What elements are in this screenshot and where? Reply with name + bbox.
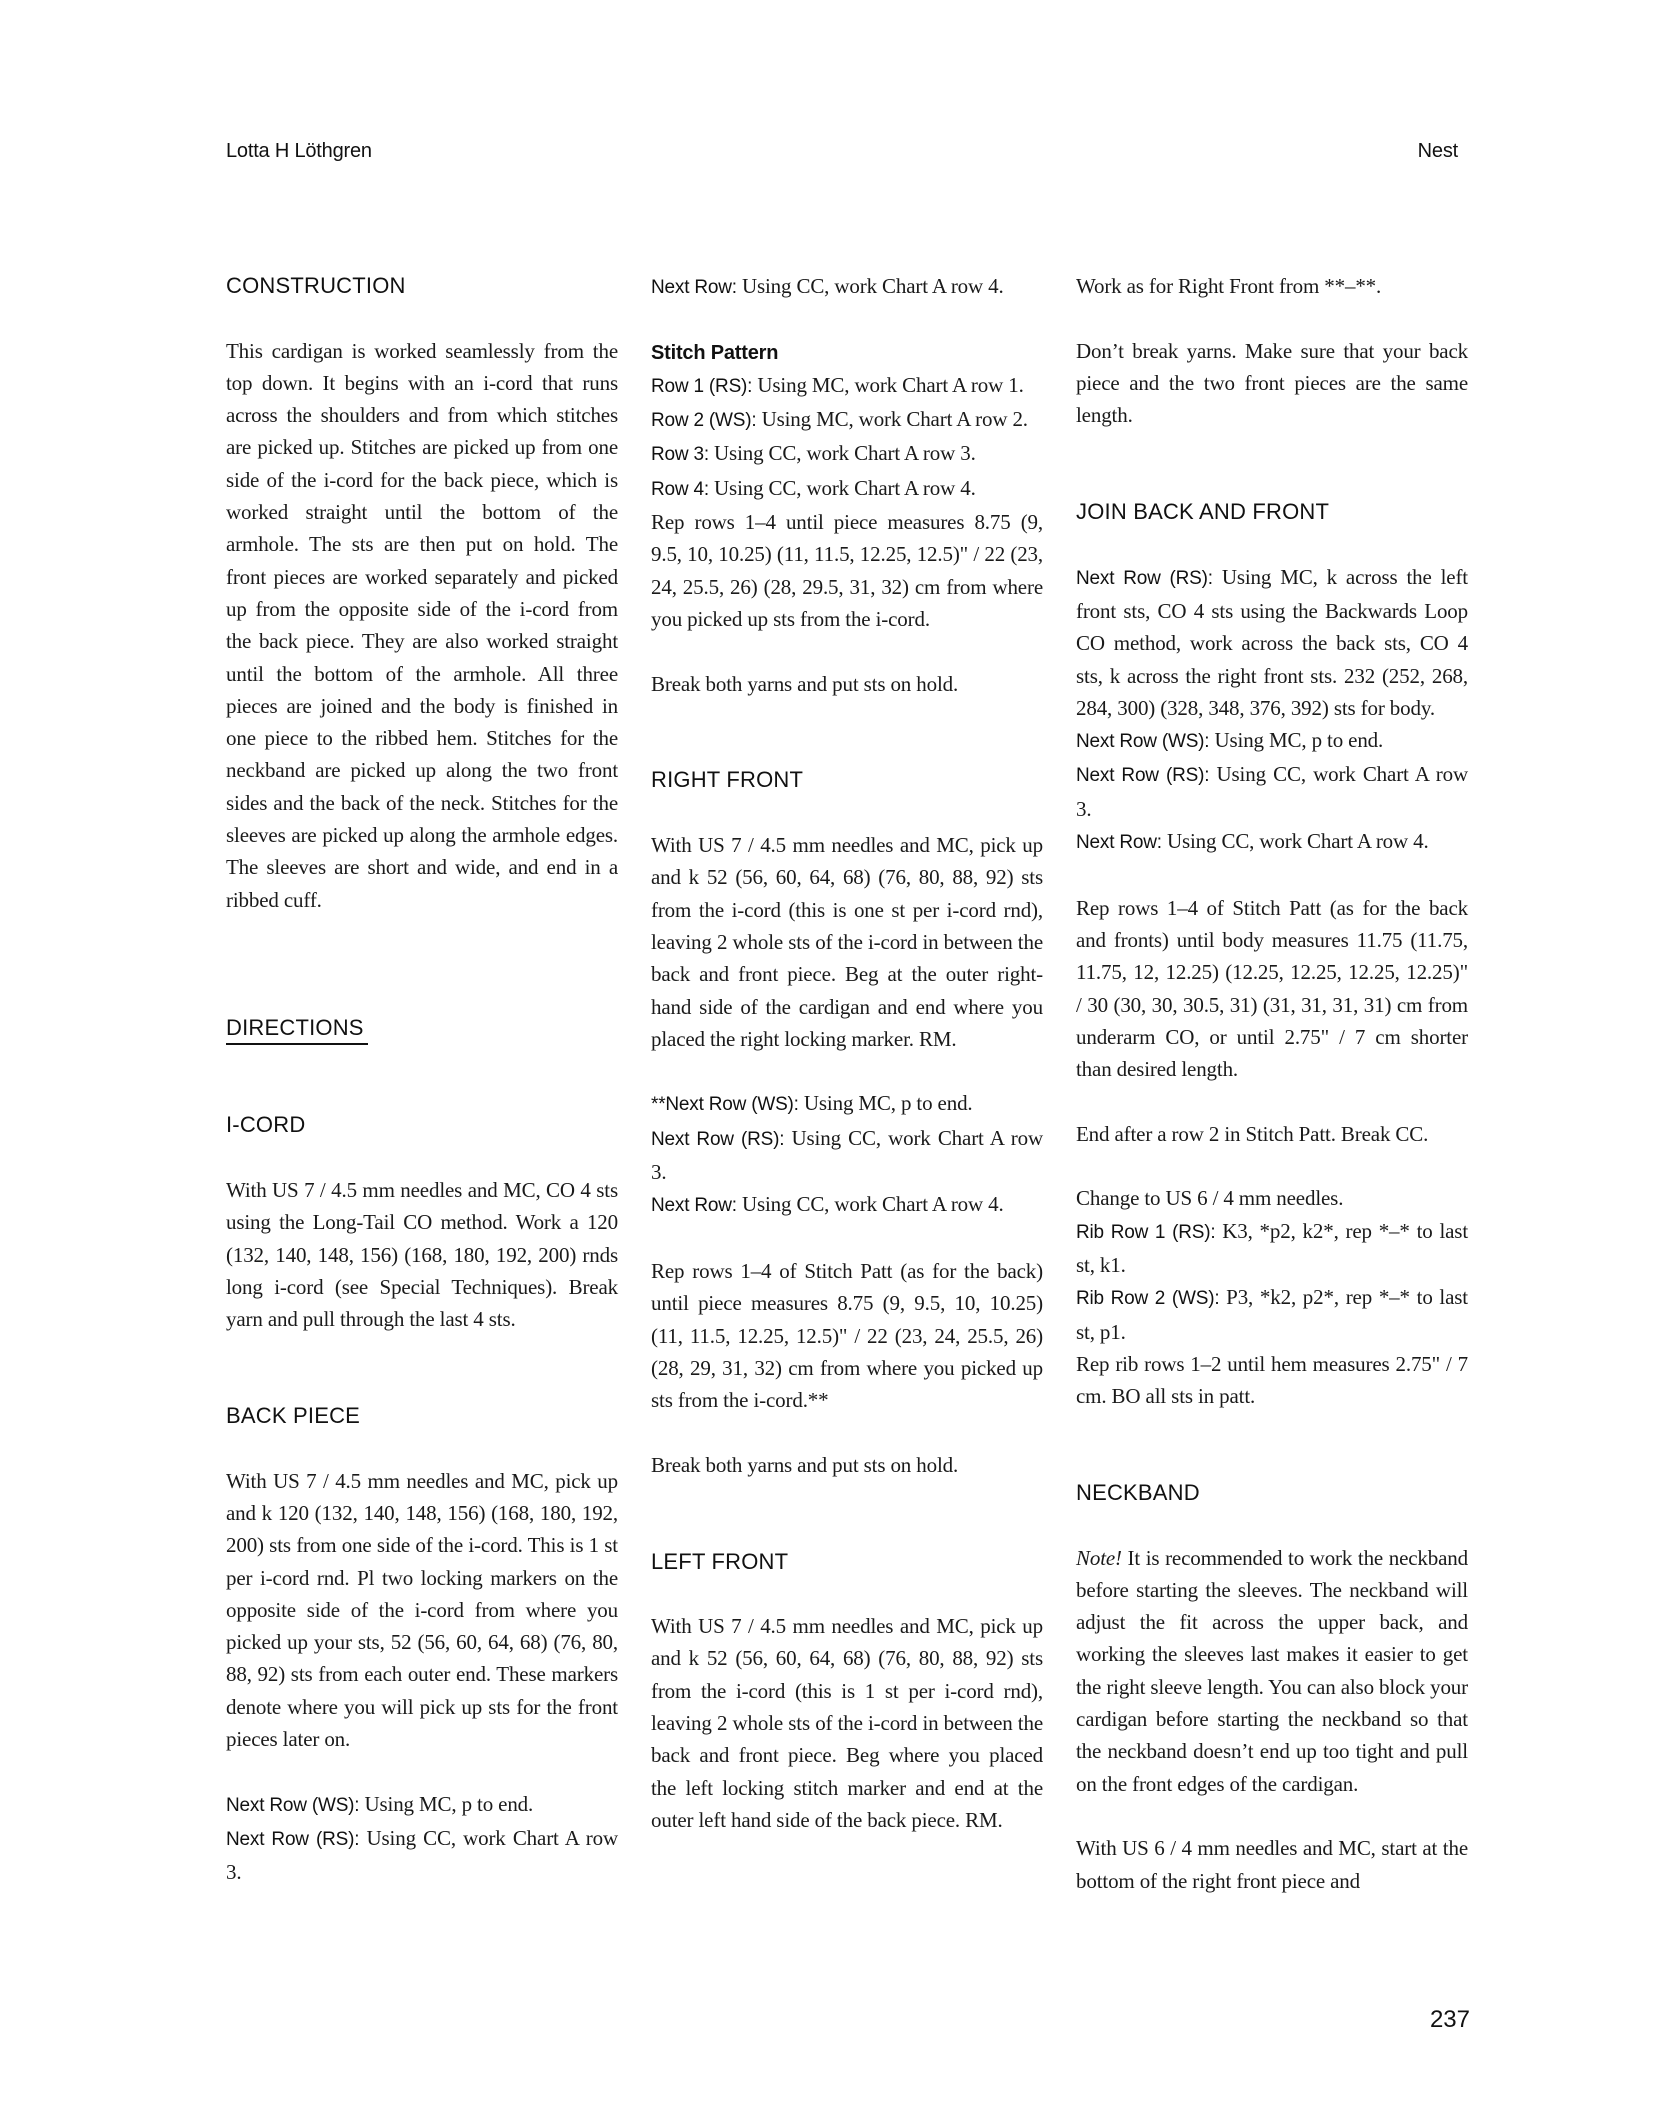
icord-body: With US 7 / 4.5 mm needles and MC, CO 4 … xyxy=(226,1174,618,1335)
running-header-title: Nest xyxy=(1418,140,1458,163)
row-label: Rib Row 2 (WS): xyxy=(1076,1288,1219,1309)
note-label: Note! xyxy=(1076,1546,1122,1570)
row-label: Row 1 (RS): xyxy=(651,376,752,397)
instruction-row: Next Row (WS): Using MC, p to end. xyxy=(226,1788,618,1822)
heading-stitch-pattern: Stitch Pattern xyxy=(651,337,1043,369)
row-label: Row 2 (WS): xyxy=(651,410,756,431)
heading-construction: CONSTRUCTION xyxy=(226,270,618,302)
left-front-body: With US 7 / 4.5 mm needles and MC, pick … xyxy=(651,1610,1043,1836)
page-number: 237 xyxy=(1430,2006,1470,2034)
row-label: Next Row (RS): xyxy=(651,1129,784,1150)
row-text: Using CC, work Chart A row 4. xyxy=(737,1192,1004,1216)
stitch-pattern-break: Break both yarns and put sts on hold. xyxy=(651,668,1043,700)
row-label: Next Row (RS): xyxy=(1076,568,1213,589)
heading-icord: I-CORD xyxy=(226,1109,618,1141)
rib-repeat: Rep rib rows 1–2 until hem measures 2.75… xyxy=(1076,1348,1468,1413)
row-text: Using MC, work Chart A row 2. xyxy=(756,407,1027,431)
row-label: Row 3: xyxy=(651,444,709,465)
column-2: Next Row: Using CC, work Chart A row 4. … xyxy=(651,270,1043,1836)
row-label: Next Row: xyxy=(651,277,737,298)
neckband-note: Note! It is recommended to work the neck… xyxy=(1076,1542,1468,1800)
right-front-repeat: Rep rows 1–4 of Stitch Patt (as for the … xyxy=(651,1255,1043,1416)
heading-join-back-front: JOIN BACK AND FRONT xyxy=(1076,496,1468,528)
row-label: Rib Row 1 (RS): xyxy=(1076,1222,1215,1243)
instruction-row: Row 2 (WS): Using MC, work Chart A row 2… xyxy=(651,403,1043,437)
right-front-break: Break both yarns and put sts on hold. xyxy=(651,1449,1043,1481)
right-front-body: With US 7 / 4.5 mm needles and MC, pick … xyxy=(651,829,1043,1055)
construction-body: This cardigan is worked seamlessly from … xyxy=(226,335,618,916)
row-label: Next Row (WS): xyxy=(226,1795,359,1816)
instruction-row: Rib Row 2 (WS): P3, *k2, p2*, rep *–* to… xyxy=(1076,1281,1468,1348)
instruction-row: Next Row (WS): Using MC, p to end. xyxy=(1076,724,1468,758)
row-label: Next Row (RS): xyxy=(226,1829,359,1850)
section-neckband: NECKBAND Note! It is recommended to work… xyxy=(1076,1477,1468,1897)
row-label: Next Row: xyxy=(651,1195,737,1216)
heading-left-front: LEFT FRONT xyxy=(651,1546,1043,1578)
section-left-front: LEFT FRONT With US 7 / 4.5 mm needles an… xyxy=(651,1546,1043,1837)
heading-directions: DIRECTIONS xyxy=(226,1013,368,1045)
row-text: Using MC, p to end. xyxy=(799,1091,973,1115)
row-text: Using MC, p to end. xyxy=(359,1792,533,1816)
row-label: Row 4: xyxy=(651,479,709,500)
instruction-row: Next Row (RS): Using CC, work Chart A ro… xyxy=(651,1122,1043,1189)
instruction-row: Next Row: Using CC, work Chart A row 4. xyxy=(651,1188,1043,1222)
section-stitch-pattern: Stitch Pattern Row 1 (RS): Using MC, wor… xyxy=(651,337,1043,700)
row-text: Using CC, work Chart A row 4. xyxy=(1162,829,1429,853)
row-text: Using CC, work Chart A row 4. xyxy=(709,476,976,500)
row-text: Using CC, work Chart A row 4. xyxy=(737,274,1004,298)
section-directions: DIRECTIONS xyxy=(226,1013,618,1045)
row-text: Using MC, p to end. xyxy=(1209,728,1383,752)
row-label: Next Row: xyxy=(1076,832,1162,853)
running-header-author: Lotta H Löthgren xyxy=(226,140,372,163)
instruction-row: Next Row (RS): Using MC, k across the le… xyxy=(1076,561,1468,724)
row-text: Using CC, work Chart A row 3. xyxy=(709,441,976,465)
instruction-row: Next Row (RS): Using CC, work Chart A ro… xyxy=(1076,758,1468,825)
section-right-front: RIGHT FRONT With US 7 / 4.5 mm needles a… xyxy=(651,764,1043,1481)
work-as-right-front: Work as for Right Front from **–**. xyxy=(1076,270,1468,302)
join-end-after: End after a row 2 in Stitch Patt. Break … xyxy=(1076,1118,1468,1150)
instruction-row: **Next Row (WS): Using MC, p to end. xyxy=(651,1087,1043,1121)
dont-break-yarns: Don’t break yarns. Make sure that your b… xyxy=(1076,335,1468,432)
back-piece-body: With US 7 / 4.5 mm needles and MC, pick … xyxy=(226,1465,618,1756)
row-label: Next Row (RS): xyxy=(1076,765,1209,786)
heading-back-piece: BACK PIECE xyxy=(226,1400,618,1432)
heading-right-front: RIGHT FRONT xyxy=(651,764,1043,796)
section-back-piece: BACK PIECE With US 7 / 4.5 mm needles an… xyxy=(226,1400,618,1888)
section-icord: I-CORD With US 7 / 4.5 mm needles and MC… xyxy=(226,1109,618,1335)
section-join-back-front: JOIN BACK AND FRONT Next Row (RS): Using… xyxy=(1076,496,1468,1412)
instruction-row: Next Row: Using CC, work Chart A row 4. xyxy=(1076,825,1468,859)
stitch-pattern-repeat: Rep rows 1–4 until piece measures 8.75 (… xyxy=(651,506,1043,635)
join-repeat: Rep rows 1–4 of Stitch Patt (as for the … xyxy=(1076,892,1468,1086)
section-construction: CONSTRUCTION This cardigan is worked sea… xyxy=(226,270,618,916)
instruction-row: Rib Row 1 (RS): K3, *p2, k2*, rep *–* to… xyxy=(1076,1215,1468,1282)
row-label: Next Row (WS): xyxy=(1076,731,1209,752)
instruction-row: Row 3: Using CC, work Chart A row 3. xyxy=(651,437,1043,471)
instruction-row: Next Row: Using CC, work Chart A row 4. xyxy=(651,270,1043,304)
note-text: It is recommended to work the neckband b… xyxy=(1076,1546,1468,1796)
instruction-row: Row 1 (RS): Using MC, work Chart A row 1… xyxy=(651,369,1043,403)
row-text: Using MC, work Chart A row 1. xyxy=(752,373,1023,397)
instruction-row: Row 4: Using CC, work Chart A row 4. xyxy=(651,472,1043,506)
instruction-row: Next Row (RS): Using CC, work Chart A ro… xyxy=(226,1822,618,1889)
column-1: CONSTRUCTION This cardigan is worked sea… xyxy=(226,270,618,1889)
column-3: Work as for Right Front from **–**. Don’… xyxy=(1076,270,1468,1897)
row-label: **Next Row (WS): xyxy=(651,1094,799,1115)
neckband-body: With US 6 / 4 mm needles and MC, start a… xyxy=(1076,1832,1468,1897)
heading-neckband: NECKBAND xyxy=(1076,1477,1468,1509)
join-change-needles: Change to US 6 / 4 mm needles. xyxy=(1076,1182,1468,1214)
